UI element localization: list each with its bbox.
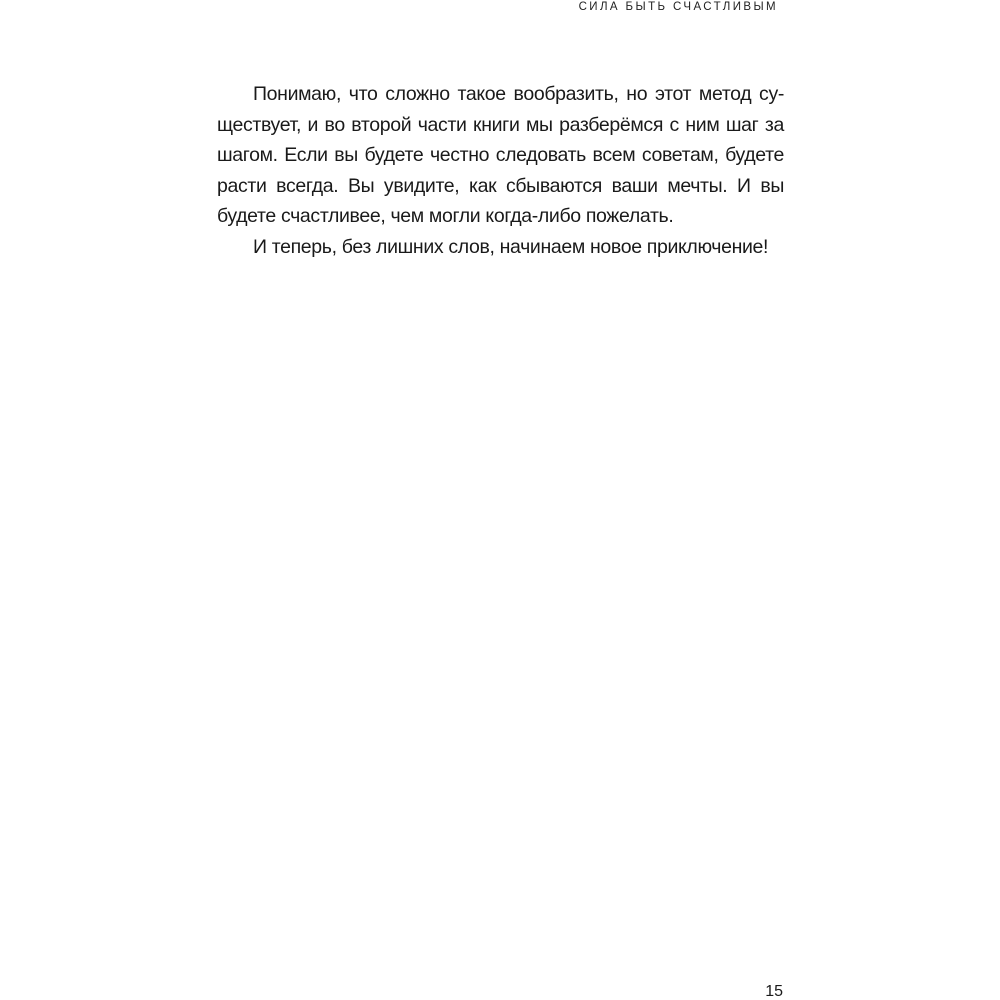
text-line: ществует, и во второй части книги мы раз… [217,110,784,141]
text-line: расти всегда. Вы увидите, как сбываются … [217,171,784,202]
body-text: Понимаю, что сложно такое вообразить, но… [217,79,784,262]
text-line: И теперь, без лишних слов, начинаем ново… [217,232,784,263]
text-line: шагом. Если вы будете честно следовать в… [217,140,784,171]
paragraph: Понимаю, что сложно такое вообразить, но… [217,79,784,232]
text-line: Понимаю, что сложно такое вообразить, но… [217,79,784,110]
text-line: будете счастливее, чем могли когда-либо … [217,201,784,232]
paragraph: И теперь, без лишних слов, начинаем ново… [217,232,784,263]
page-number: 15 [765,983,783,1000]
running-header: СИЛА БЫТЬ СЧАСТЛИВЫМ [579,0,778,14]
